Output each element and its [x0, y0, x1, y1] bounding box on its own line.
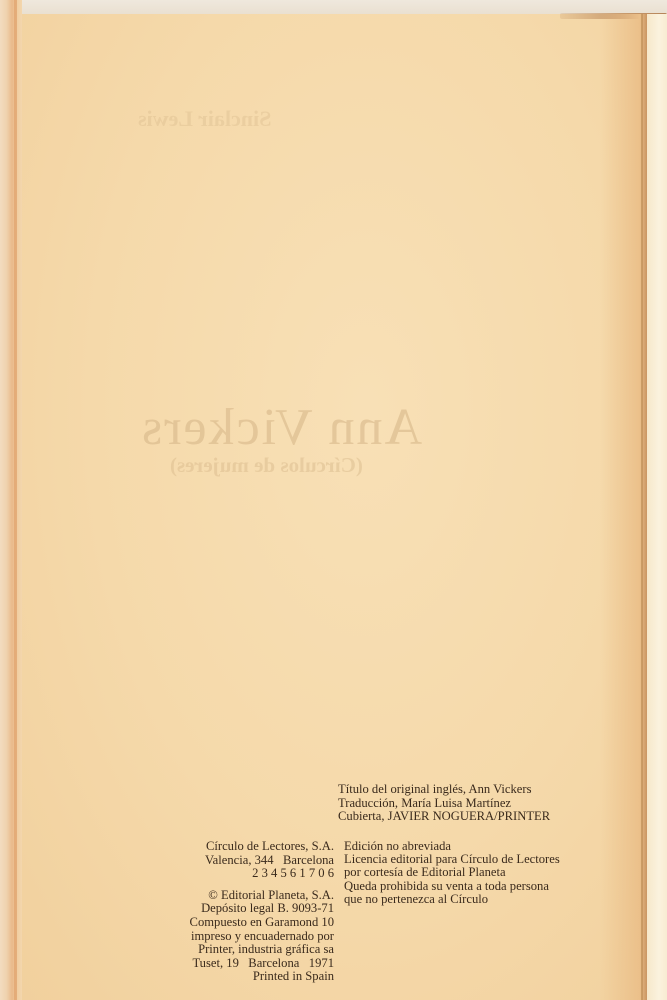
printer-line: Printer, industria gráfica sa [190, 943, 334, 957]
show-through-author: Sinclair Lewis [138, 106, 271, 132]
license-line: Queda prohibida su venta a toda persona [344, 880, 560, 893]
printer-address-line: Tuset, 19 Barcelona 1971 [190, 957, 334, 971]
facing-page-edge [647, 14, 667, 1000]
copyright-line: © Editorial Planeta, S.A. [190, 889, 334, 903]
license-block: Edición no abreviada Licencia editorial … [344, 840, 560, 906]
show-through-title: Ann Vickers [140, 398, 422, 457]
credits-block: Título del original inglés, Ann Vickers … [338, 783, 550, 824]
license-line: que no pertenezca al Círculo [344, 893, 560, 906]
gutter-shadow [600, 14, 647, 1000]
publisher-code: 2 3 4 5 6 1 7 0 6 [190, 867, 334, 881]
publisher-block: Círculo de Lectores, S.A. Valencia, 344 … [190, 840, 334, 984]
publisher-line: Valencia, 344 Barcelona [190, 854, 334, 868]
license-line: por cortesía de Editorial Planeta [344, 866, 560, 879]
legal-deposit-line: Depósito legal B. 9093-71 [190, 902, 334, 916]
page-left-edge-line [14, 0, 17, 1000]
credit-translation: Traducción, María Luisa Martínez [338, 797, 550, 811]
page-stack-left-edge [0, 0, 22, 1000]
printing-line: impreso y encuadernado por [190, 930, 334, 944]
publisher-line: Círculo de Lectores, S.A. [190, 840, 334, 854]
show-through-subtitle: (Círculos de mujeres) [170, 453, 363, 478]
credit-original-title: Título del original inglés, Ann Vickers [338, 783, 550, 797]
printed-in-line: Printed in Spain [190, 970, 334, 984]
typeset-line: Compuesto en Garamond 10 [190, 916, 334, 930]
gutter-line [641, 14, 643, 1000]
credit-cover: Cubierta, JAVIER NOGUERA/PRINTER [338, 810, 550, 824]
